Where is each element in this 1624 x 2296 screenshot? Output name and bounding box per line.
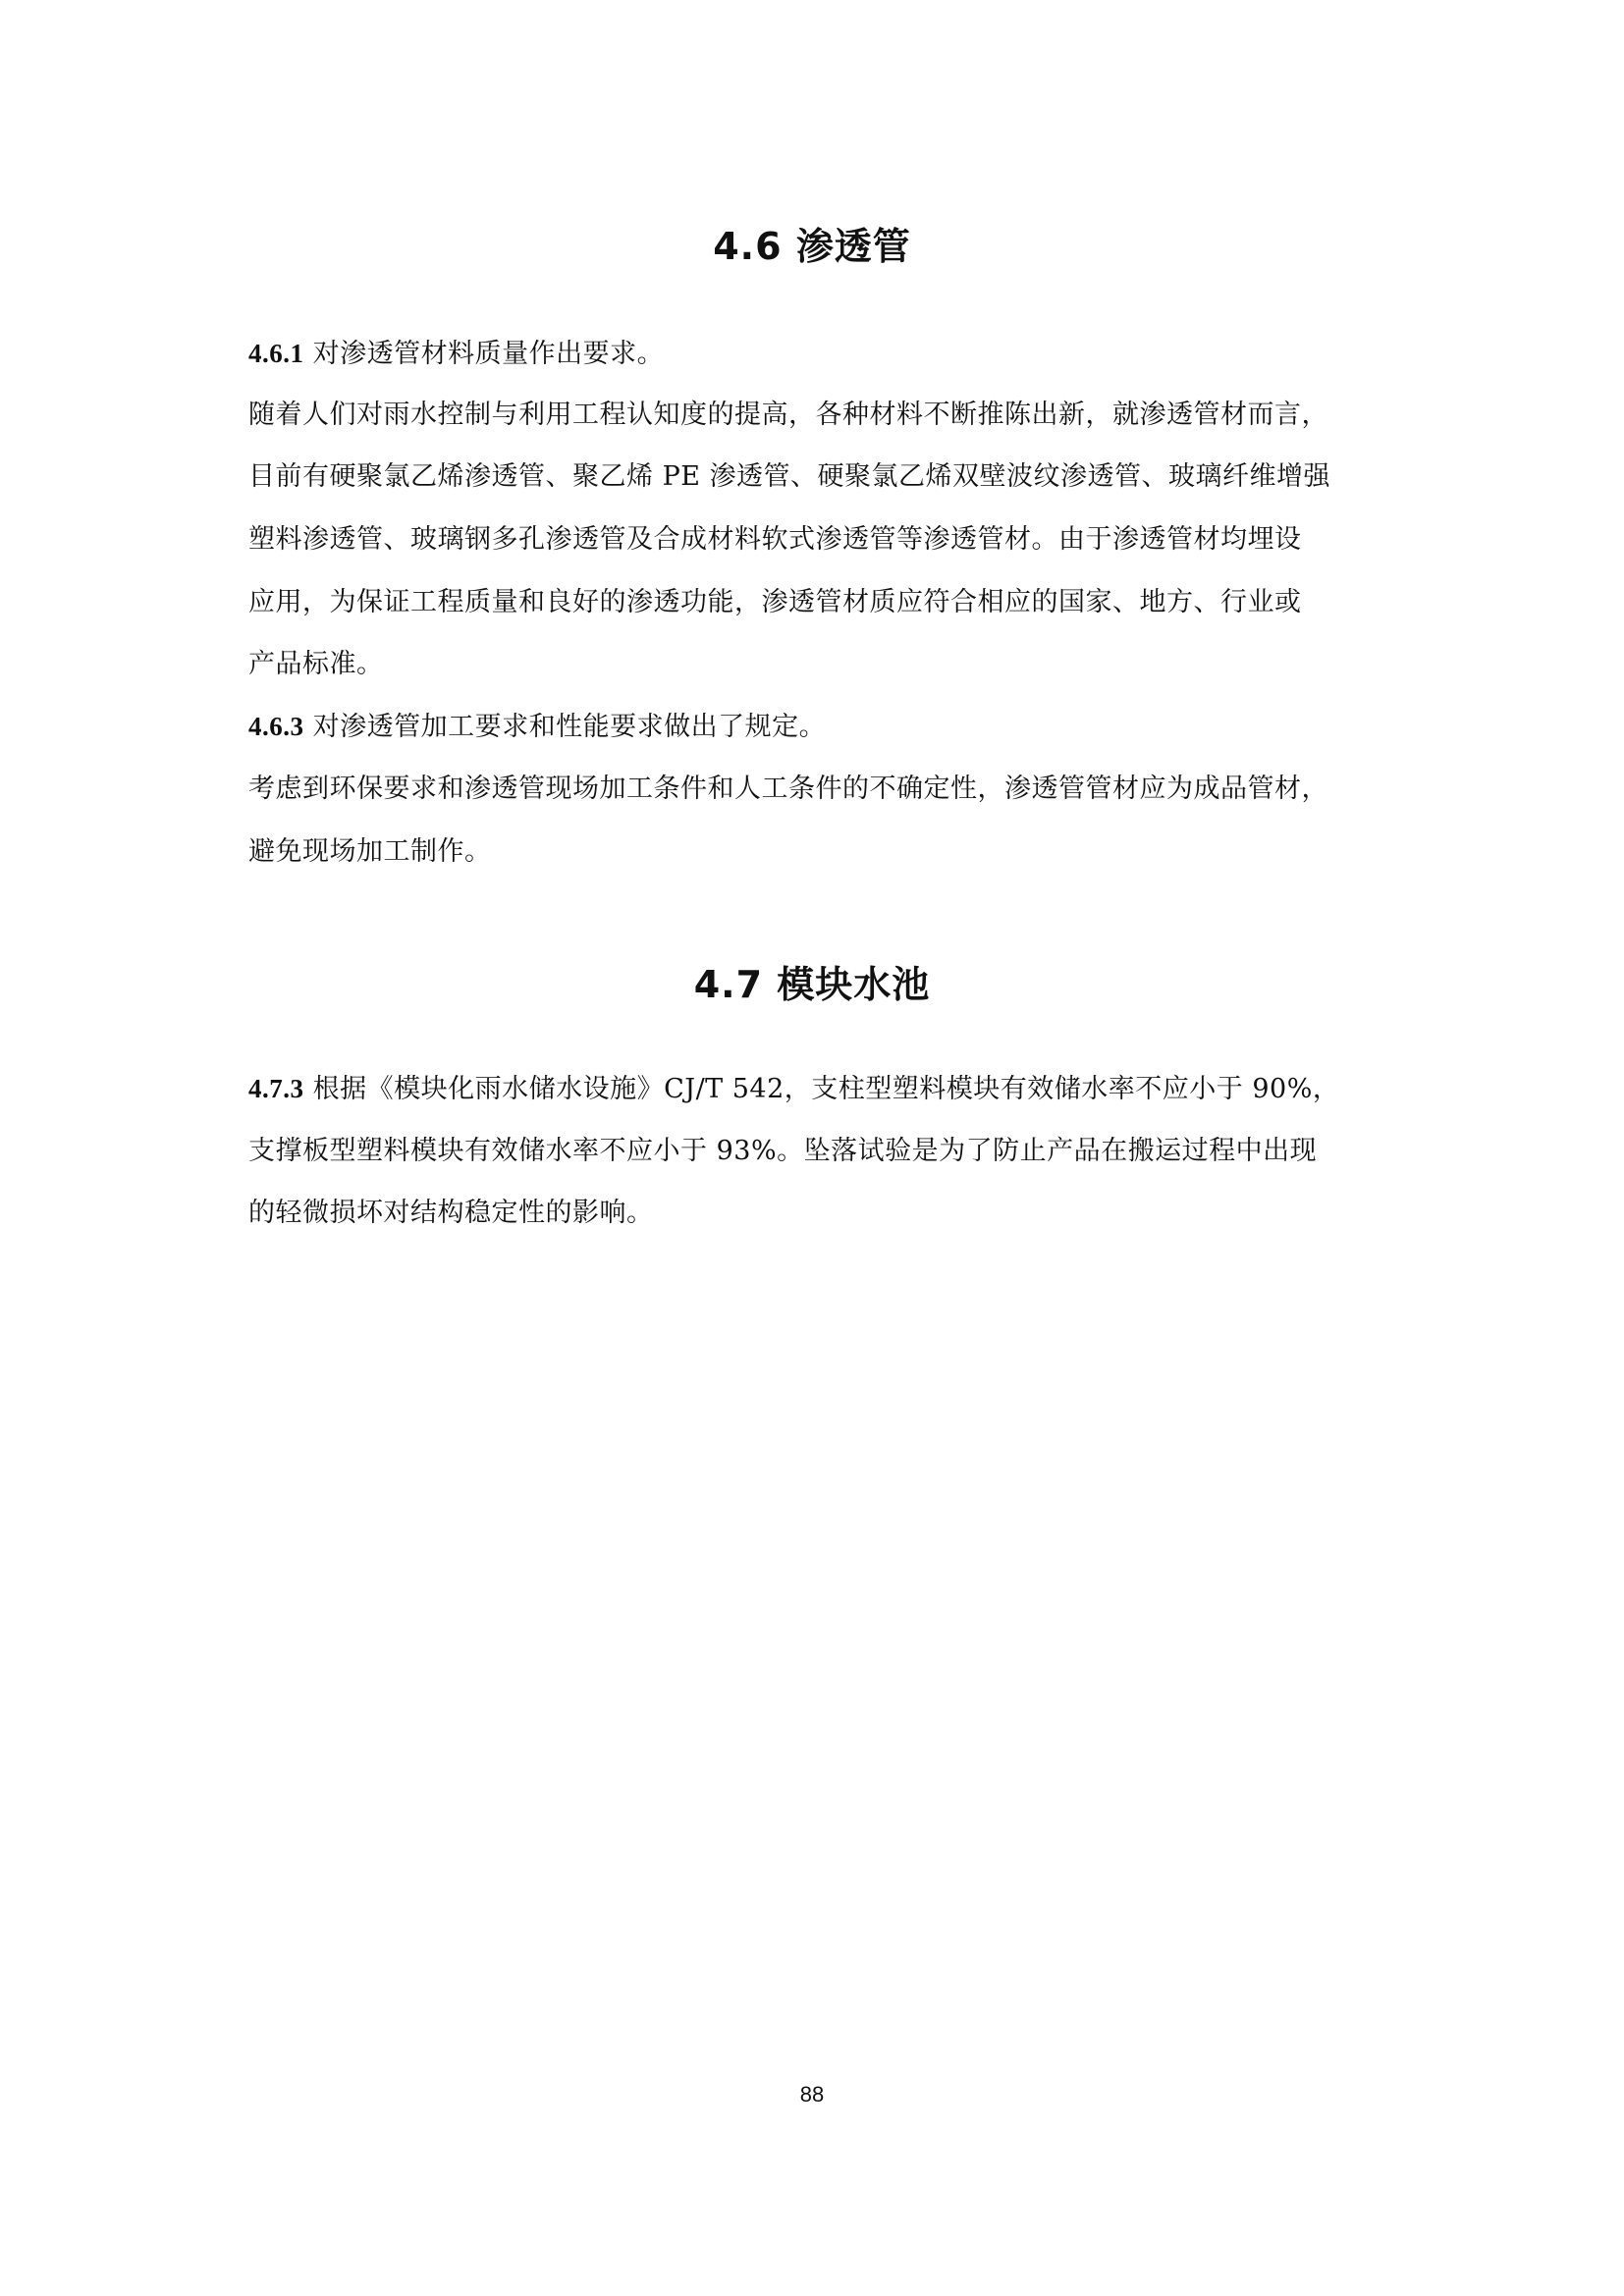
section-heading-4-6: 4.6 渗透管 — [0, 216, 1624, 270]
clause-title: 对渗透管加工要求和性能要求做出了规定。 — [304, 712, 827, 742]
paragraph-line: 考虑到环保要求和渗透管现场加工条件和人工条件的不确定性，渗透管管材应为成品管材， — [248, 770, 1387, 809]
clause-number: 4.6.1 — [248, 339, 304, 368]
clause-4-6-1: 4.6.1 对渗透管材料质量作出要求。 — [248, 334, 1387, 374]
paragraph-line: 目前有硬聚氯乙烯渗透管、聚乙烯 PE 渗透管、硬聚氯乙烯双壁波纹渗透管、玻璃纤维… — [248, 457, 1387, 497]
paragraph-line: 避免现场加工制作。 — [248, 832, 1387, 872]
clause-4-6-3: 4.6.3 对渗透管加工要求和性能要求做出了规定。 — [248, 707, 1387, 747]
clause-title: 对渗透管材料质量作出要求。 — [304, 339, 665, 369]
clause-number: 4.7.3 — [248, 1074, 304, 1103]
paragraph-line: 的轻微损坏对结构稳定性的影响。 — [248, 1194, 1387, 1233]
paragraph-line: 支撑板型塑料模块有效储水率不应小于 93%。坠落试验是为了防止产品在搬运过程中出… — [248, 1132, 1387, 1171]
clause-number: 4.6.3 — [248, 712, 304, 741]
section-heading-4-7: 4.7 模块水池 — [0, 954, 1624, 1008]
clause-title: 根据《模块化雨水储水设施》CJ/T 542，支柱型塑料模块有效储水率不应小于 9… — [304, 1074, 1340, 1104]
paragraph-line: 随着人们对雨水控制与利用工程认知度的提高，各种材料不断推陈出新，就渗透管材而言， — [248, 396, 1387, 435]
document-page: 4.6 渗透管 4.6.1 对渗透管材料质量作出要求。 随着人们对雨水控制与利用… — [0, 0, 1624, 2296]
paragraph-line: 产品标准。 — [248, 645, 1387, 684]
paragraph-line: 应用，为保证工程质量和良好的渗透功能，渗透管材质应符合相应的国家、地方、行业或 — [248, 583, 1387, 622]
paragraph-line: 塑料渗透管、玻璃钢多孔渗透管及合成材料软式渗透管等渗透管材。由于渗透管材均埋设 — [248, 520, 1387, 560]
page-number: 88 — [0, 2082, 1624, 2108]
clause-4-7-3: 4.7.3 根据《模块化雨水储水设施》CJ/T 542，支柱型塑料模块有效储水率… — [248, 1069, 1387, 1109]
